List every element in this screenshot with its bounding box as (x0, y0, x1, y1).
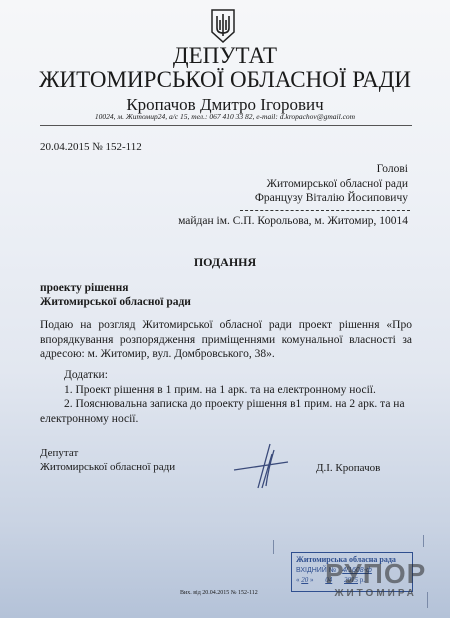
addressee-block: Голові Житомирської обласної ради Францу… (255, 162, 408, 206)
signatory-position-line2: Житомирської обласної ради (40, 460, 175, 474)
watermark-big: РУПОР (325, 560, 426, 588)
attachments-label: Додатки: (40, 368, 412, 383)
address-dashed-divider (240, 210, 410, 211)
header-contacts: 10024, м. Житомир24, а/с 15, тел.: 067 4… (0, 112, 450, 121)
addressee-line3: Французу Віталію Йосиповичу (255, 191, 408, 206)
watermark-small: ЖИТОМИРА (325, 588, 426, 599)
margin-mark (273, 540, 274, 554)
header-title-deputy: ДЕПУТАТ (0, 44, 450, 68)
outgoing-reference: Вих. від 20.04.2015 № 152-112 (180, 590, 258, 596)
trident-coat-of-arms-icon (210, 8, 236, 44)
handwritten-signature-icon (228, 440, 298, 490)
document-date-number: 20.04.2015 № 152-112 (40, 141, 142, 153)
header-divider (40, 125, 412, 126)
margin-mark (427, 592, 428, 608)
attachments-block: Додатки: 1. Проект рішення в 1 прим. на … (40, 368, 412, 426)
subject-line1: проекту рішення (40, 281, 191, 295)
document-title: ПОДАННЯ (0, 255, 450, 270)
subject-line2: Житомирської обласної ради (40, 295, 191, 309)
header-title-council: ЖИТОМИРСЬКОЇ ОБЛАСНОЇ РАДИ (0, 68, 450, 92)
signatory-position-line1: Депутат (40, 446, 175, 460)
attachment-item: 1. Проект рішення в 1 прим. на 1 арк. та… (40, 383, 412, 398)
addressee-address: майдан ім. С.П. Корольова, м. Житомир, 1… (178, 215, 408, 227)
signatory-name: Д.І. Кропачов (316, 462, 380, 474)
watermark-logo: РУПОР ЖИТОМИРА (325, 560, 426, 599)
addressee-line2: Житомирської обласної ради (255, 177, 408, 192)
signatory-position: Депутат Житомирської обласної ради (40, 446, 175, 474)
document-subject: проекту рішення Житомирської обласної ра… (40, 281, 191, 309)
margin-mark (423, 535, 424, 547)
stamp-day: 20 (301, 576, 308, 584)
addressee-line1: Голові (255, 162, 408, 177)
attachment-item: 2. Пояснювальна записка до проекту рішен… (40, 397, 412, 426)
document-body: Подаю на розгляд Житомирської обласної р… (40, 318, 412, 362)
